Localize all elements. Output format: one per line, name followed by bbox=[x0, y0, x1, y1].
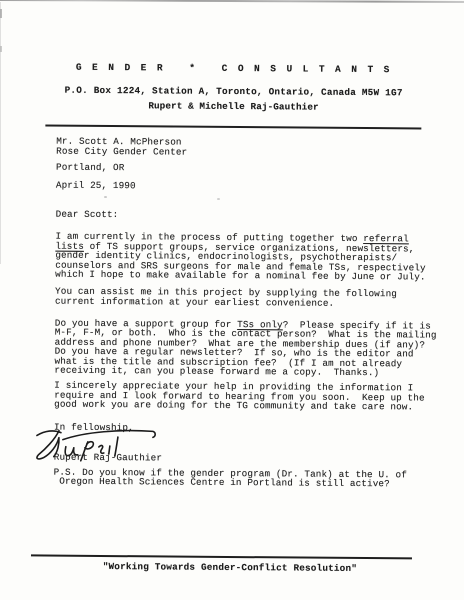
letter-line: Oregon Health Sciences Centre in Portlan… bbox=[54, 477, 407, 489]
paragraph-questions: Do you have a support group for TSs only… bbox=[54, 318, 436, 378]
letterhead-address: P.O. Box 1224, Station A, Toronto, Ontar… bbox=[2, 85, 464, 98]
signer-name: Rupert Raj-Gauthier bbox=[54, 452, 162, 462]
letter-line: receiving it, can you please forward me … bbox=[54, 366, 436, 378]
letterhead-rule bbox=[45, 125, 421, 130]
paragraph-referral-lists: I am currently in the process of putting… bbox=[55, 232, 426, 282]
letterhead-title: G E N D E R * C O N S U L T A N T S bbox=[2, 62, 464, 75]
footer-motto: "Working Towards Gender-Conflict Resolut… bbox=[0, 561, 462, 574]
letter-page: G E N D E R * C O N S U L T A N T S P.O.… bbox=[0, 0, 464, 600]
postscript: P.S. Do you know if the gender program (… bbox=[54, 467, 407, 489]
footer-rule bbox=[31, 554, 412, 559]
recipient-organization: Rose City Gender Center bbox=[56, 146, 187, 157]
letter-date: April 25, 1990 bbox=[56, 181, 136, 191]
recipient-block: Mr. Scott A. McPherson Rose City Gender … bbox=[56, 137, 187, 157]
salutation: Dear Scott: bbox=[56, 210, 119, 220]
paragraph-thanks: I sincerely appreciate your help in prov… bbox=[54, 381, 425, 412]
letter-line: good work you are doing for the TG commu… bbox=[54, 400, 425, 412]
paragraph-assist-request: You can assist me in this project by sup… bbox=[55, 287, 397, 309]
letterhead-names: Rupert & Michelle Raj-Gauthier bbox=[1, 100, 464, 113]
recipient-place: Portland, OR bbox=[56, 163, 124, 173]
scanned-letter: G E N D E R * C O N S U L T A N T S P.O.… bbox=[0, 0, 464, 600]
letter-line: which I hope to make available for a nom… bbox=[55, 270, 426, 282]
